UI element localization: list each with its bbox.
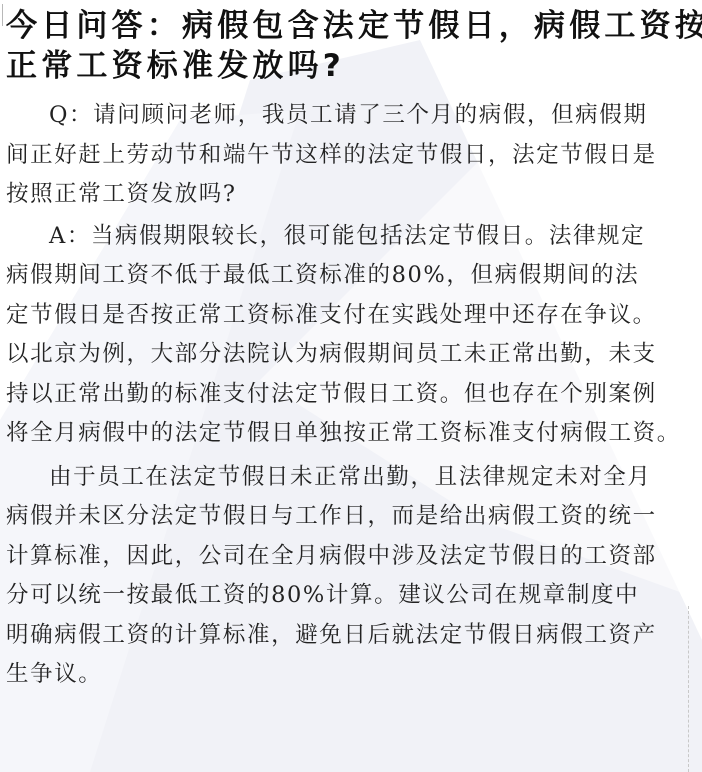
conclusion-paragraph: 由于员工在法定节假日未正常出勤，且法律规定未对全月 病假并未区分法定节假日与工作… [6, 458, 702, 695]
conclusion-line: 由于员工在法定节假日未正常出勤，且法律规定未对全月 [6, 458, 702, 498]
answer-line: 定节假日是否按正常工资标准支付在实践处理中还存在争议。 [6, 296, 702, 336]
answer-line: A：当病假期限较长，很可能包括法定节假日。法律规定 [6, 217, 702, 257]
answer-line: 将全月病假中的法定节假日单独按正常工资标准支付病假工资。 [6, 414, 702, 454]
conclusion-line: 病假并未区分法定节假日与工作日，而是给出病假工资的统一 [6, 497, 702, 537]
title-line-1: 今日问答：病假包含法定节假日，病假工资按 [6, 6, 696, 46]
document-title: 今日问答：病假包含法定节假日，病假工资按 正常工资标准发放吗? [6, 0, 696, 86]
conclusion-line: 生争议。 [6, 655, 702, 695]
question-line: 按照正常工资发放吗? [6, 175, 702, 215]
question-line: 间正好赶上劳动节和端午节这样的法定节假日，法定节假日是 [6, 136, 702, 176]
conclusion-line: 明确病假工资的计算标准，避免日后就法定节假日病假工资产 [6, 616, 702, 656]
answer-paragraph: A：当病假期限较长，很可能包括法定节假日。法律规定 病假期间工资不低于最低工资标… [6, 217, 702, 454]
question-line: Q：请问顾问老师，我员工请了三个月的病假，但病假期 [6, 96, 702, 136]
document-page: 今日问答：病假包含法定节假日，病假工资按 正常工资标准发放吗? Q：请问顾问老师… [0, 0, 702, 695]
scan-edge-left [2, 4, 3, 26]
conclusion-line: 计算标准，因此，公司在全月病假中涉及法定节假日的工资部 [6, 537, 702, 577]
answer-line: 以北京为例，大部分法院认为病假期间员工未正常出勤，未支 [6, 335, 702, 375]
answer-line: 病假期间工资不低于最低工资标准的80%，但病假期间的法 [6, 256, 702, 296]
conclusion-line: 分可以统一按最低工资的80%计算。建议公司在规章制度中 [6, 576, 702, 616]
document-body: Q：请问顾问老师，我员工请了三个月的病假，但病假期 间正好赶上劳动节和端午节这样… [6, 96, 702, 695]
question-paragraph: Q：请问顾问老师，我员工请了三个月的病假，但病假期 间正好赶上劳动节和端午节这样… [6, 96, 702, 215]
scan-edge-right [688, 606, 689, 772]
title-line-2: 正常工资标准发放吗? [6, 46, 696, 86]
answer-line: 持以正常出勤的标准支付法定节假日工资。但也存在个别案例 [6, 375, 702, 415]
